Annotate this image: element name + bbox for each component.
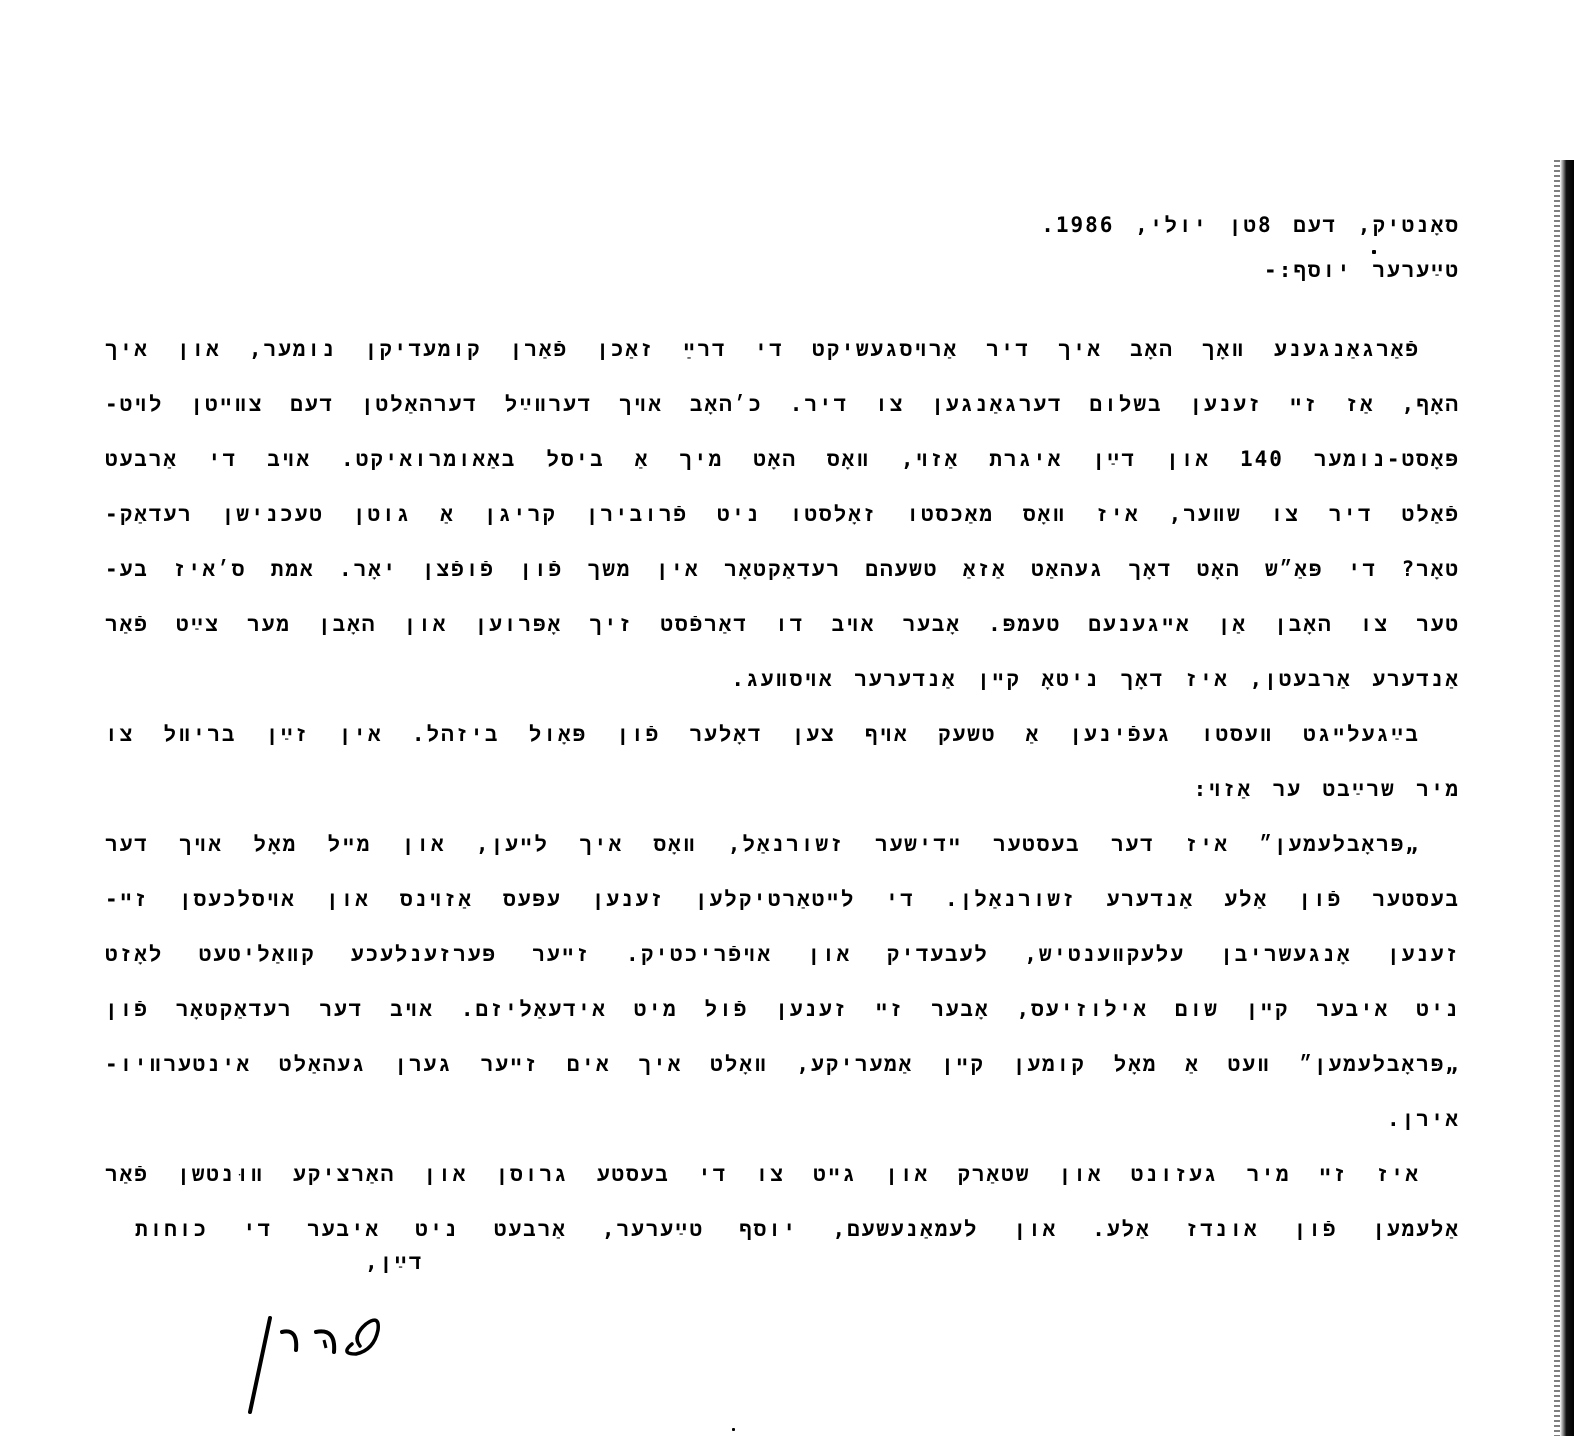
paragraph-line: זענען אָנגעשריבן עלעקװענטיש, לעבעדיק און… <box>105 927 1460 982</box>
salutation-text: טײַערער יוסף:- <box>1264 250 1460 290</box>
scanned-letter-page: סאָנטיק, דעם 8טן יולי, 1986. טײַערער יוס… <box>0 0 1574 1436</box>
paragraph-line: „פּראָבלעמען״ איז דער בעסטער ײדישער זשור… <box>105 817 1460 872</box>
paragraph-line: ניט איבער קײן שום אילוזיעס, אָבער זײ זענ… <box>105 982 1460 1037</box>
signature <box>240 1310 410 1420</box>
paragraph-4: איז זײ מיר געזונט און שטאַרק און גײט צו … <box>105 1147 1460 1257</box>
paragraph-line: „פּראָבלעמען״ װעט אַ מאָל קומען קײן אַמע… <box>105 1037 1460 1092</box>
paragraph-line: פֿאַרגאַנגענע װאָך האָב איך דיר אַרױסגעש… <box>105 322 1460 377</box>
paragraph-line: אַנדערע אַרבעטן, איז דאָך ניטאָ קײן אַנד… <box>105 652 1460 707</box>
scan-speck <box>1372 250 1376 254</box>
paragraph-line: בײַגעלײגט װעסטו געפֿינען אַ טשעק אױף צען… <box>105 707 1460 762</box>
scanner-edge-shadow <box>1560 160 1574 1436</box>
paragraph-line: טער צו האָבן אַן אײגענעם טעמפּ. אָבער אױ… <box>105 597 1460 652</box>
paragraph-line: האָף, אַז זײ זענען בשלום דערגאַנגען צו ד… <box>105 377 1460 432</box>
letter-body: סאָנטיק, דעם 8טן יולי, 1986. טײַערער יוס… <box>105 200 1460 1257</box>
paragraph-line: איז זײ מיר געזונט און שטאַרק און גײט צו … <box>105 1147 1460 1202</box>
salutation: טײַערער יוסף:- <box>105 250 1460 322</box>
paragraph-line: אירן. <box>105 1092 1460 1147</box>
paragraph-line: פּאָסט-נומער 140 און דײַן איגרת אַזױ, װא… <box>105 432 1460 487</box>
paragraph-1: פֿאַרגאַנגענע װאָך האָב איך דיר אַרױסגעש… <box>105 322 1460 707</box>
paragraph-2: בײַגעלײגט װעסטו געפֿינען אַ טשעק אױף צען… <box>105 707 1460 817</box>
paragraph-line: אַלעמען פֿון אונדז אַלע. און לעמאַנעשעם,… <box>105 1202 1460 1257</box>
paragraph-line: מיר שרײַבט ער אַזױ: <box>105 762 1460 817</box>
paragraph-3-quote: „פּראָבלעמען״ איז דער בעסטער ײדישער זשור… <box>105 817 1460 1147</box>
paragraph-line: טאָר? די פּאַ״ש האָט דאָך געהאַט אַזאַ ט… <box>105 542 1460 597</box>
paragraph-line: פֿאַלט דיר צו שװער, איז װאָס מאַכסטו זאָ… <box>105 487 1460 542</box>
dateline: סאָנטיק, דעם 8טן יולי, 1986. <box>105 200 1460 250</box>
closing: דײַן, <box>365 1250 423 1276</box>
scan-speck <box>732 1428 735 1431</box>
paragraph-line: בעסטער פֿון אַלע אַנדערע זשורנאַלן. די ל… <box>105 872 1460 927</box>
